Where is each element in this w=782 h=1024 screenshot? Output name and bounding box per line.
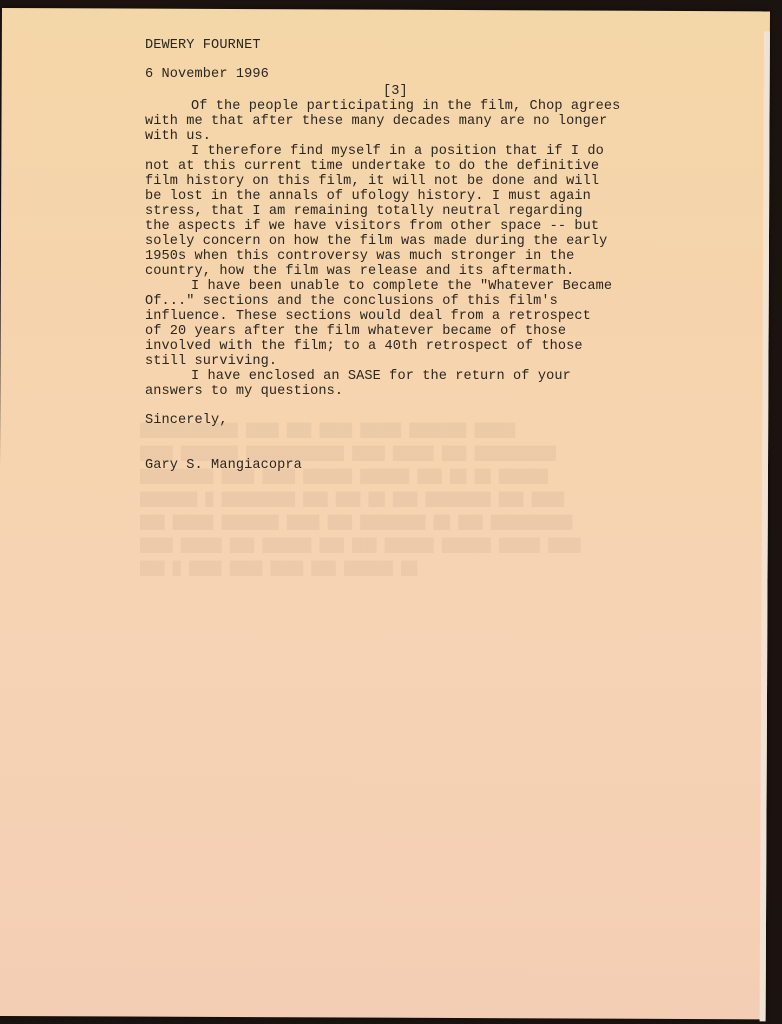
text-line: stress, that I am remaining totally neut…	[145, 204, 675, 219]
text-line: still surviving.	[145, 354, 675, 369]
closing: Sincerely,	[145, 413, 675, 428]
signature: Gary S. Mangiacopra	[145, 458, 675, 473]
text-line: solely concern on how the film was made …	[145, 234, 675, 249]
recipient-name: DEWERY FOURNET	[145, 38, 675, 53]
paragraph-4: I have enclosed an SASE for the return o…	[145, 369, 675, 399]
paragraph-2: I therefore find myself in a position th…	[145, 144, 675, 279]
text-line: answers to my questions.	[145, 384, 675, 399]
text-line: with us.	[145, 129, 675, 144]
text-line: not at this current time undertake to do…	[145, 159, 675, 174]
text-line: I have been unable to complete the "What…	[145, 279, 675, 294]
text-line: of 20 years after the film whatever beca…	[145, 324, 675, 339]
letter-body: DEWERY FOURNET 6 November 1996 [3] Of th…	[145, 38, 675, 473]
letter-date: 6 November 1996	[145, 67, 675, 82]
text-line: be lost in the annals of ufology history…	[145, 189, 675, 204]
text-line: influence. These sections would deal fro…	[145, 309, 675, 324]
page-number: [3]	[145, 84, 675, 99]
text-line: with me that after these many decades ma…	[145, 114, 675, 129]
text-line: I therefore find myself in a position th…	[145, 144, 675, 159]
text-line: involved with the film; to a 40th retros…	[145, 339, 675, 354]
text-line: Of..." sections and the conclusions of t…	[145, 294, 675, 309]
text-line: I have enclosed an SASE for the return o…	[145, 369, 675, 384]
text-line: Of the people participating in the film,…	[145, 99, 675, 114]
text-line: the aspects if we have visitors from oth…	[145, 219, 675, 234]
page-edge	[760, 31, 770, 1021]
text-line: 1950s when this controversy was much str…	[145, 249, 675, 264]
text-line: film history on this film, it will not b…	[145, 174, 675, 189]
paragraph-3: I have been unable to complete the "What…	[145, 279, 675, 369]
paragraph-1: Of the people participating in the film,…	[145, 99, 675, 144]
text-line: country, how the film was release and it…	[145, 264, 675, 279]
